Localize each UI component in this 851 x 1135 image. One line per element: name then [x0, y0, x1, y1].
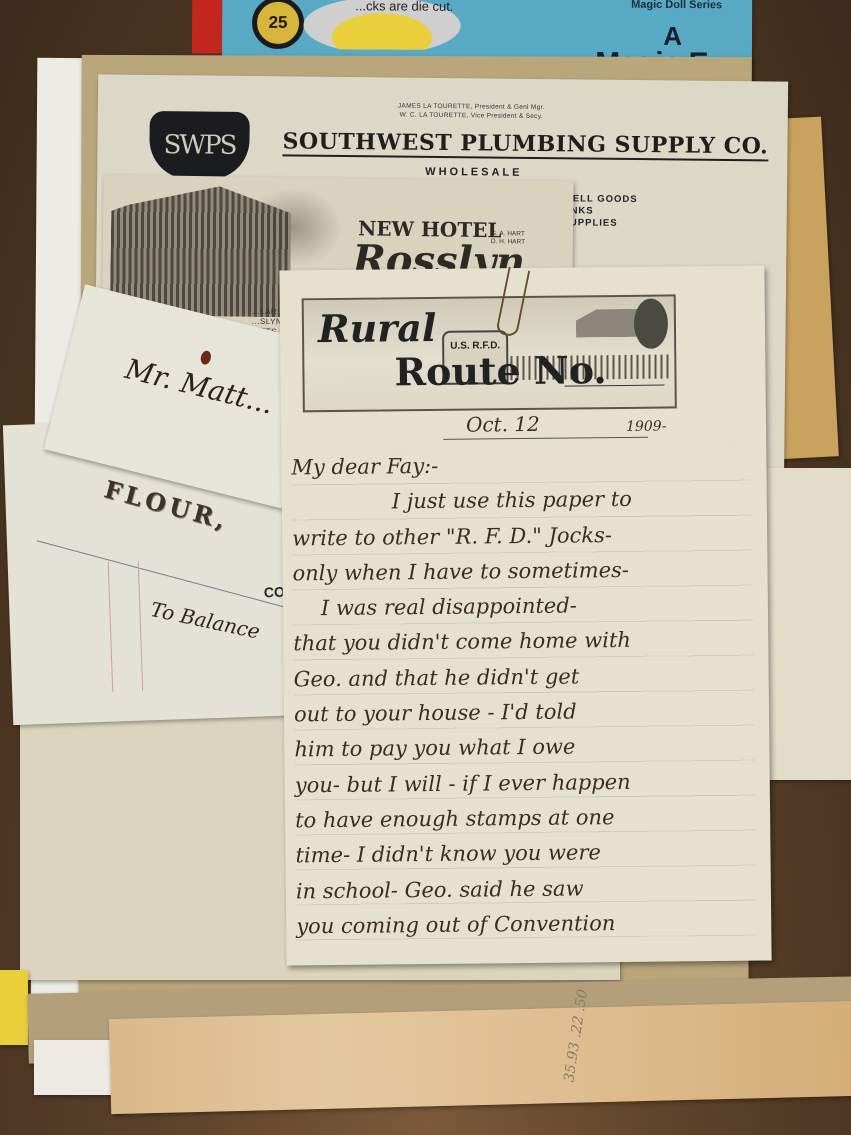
- letter-body: My dear Fay:- I just use this paper to w…: [291, 446, 756, 945]
- ledger-column-line: [108, 562, 114, 692]
- book-caption: ...cks are die cut.: [355, 0, 453, 14]
- letter-line: in school- Geo. said he saw: [296, 869, 756, 909]
- date-line: [443, 437, 648, 440]
- letter-line: out to your house - I'd told: [294, 693, 754, 733]
- letter-line: time- I didn't know you were: [295, 834, 755, 874]
- letter-line: to have enough stamps at one: [295, 799, 755, 839]
- letter-line: that you didn't come home with: [293, 622, 753, 662]
- letter-line: only when I have to sometimes-: [292, 552, 752, 592]
- letter-line: I was real disappointed-: [293, 587, 753, 627]
- stained-ledger-paper: 35.93 .22 .50: [109, 1001, 851, 1114]
- letter-line: My dear Fay:-: [291, 446, 751, 486]
- officer-line: W. C. LA TOURETTE, Vice President & Secy…: [398, 111, 545, 122]
- rural-route-letterhead-art: U.S. R.F.D. Rural Route No.: [302, 294, 677, 412]
- letter-line: you coming out of Convention: [296, 904, 756, 944]
- tree-illustration: [634, 298, 669, 348]
- wax-stain: [199, 350, 212, 366]
- ledger-column-line: [138, 561, 144, 691]
- yellow-paper-strip: [0, 970, 28, 1045]
- photo-scene: 25 ...cks are die cut. Magic Doll Series…: [0, 0, 851, 1135]
- route-number-blank: [565, 385, 665, 387]
- letter-line: him to pay you what I owe: [294, 728, 754, 768]
- company-name: SOUTHWEST PLUMBING SUPPLY CO.: [282, 128, 768, 161]
- letter-year: 1909-: [626, 419, 667, 435]
- letter-line: Geo. and that he didn't get: [293, 657, 753, 697]
- book-series: Magic Doll Series: [631, 0, 722, 11]
- envelope-addressee: Mr. Matt...: [122, 352, 277, 421]
- white-paper-bottom: [34, 1040, 114, 1095]
- rural-route-letter: U.S. R.F.D. Rural Route No. Oct. 12 1909…: [279, 265, 771, 965]
- proprietor: D. H. HART: [491, 238, 525, 246]
- letter-date: Oct. 12: [466, 412, 540, 437]
- company-tagline: WHOLESALE: [425, 166, 522, 179]
- swps-monogram-logo: SWPS: [149, 111, 250, 180]
- invoice-entry: To Balance: [149, 597, 263, 644]
- hotel-proprietors: G. A. HART D. H. HART: [491, 230, 525, 246]
- letterhead-word-rural: Rural: [318, 305, 437, 351]
- letterhead-word-route: Route No.: [394, 347, 607, 394]
- company-officers: JAMES LA TOURETTE, President & Genl Mgr.…: [398, 102, 545, 122]
- letter-line: I just use this paper to: [292, 481, 752, 521]
- red-book-edge: [192, 0, 222, 54]
- letter-line: you- but I will - if I ever happen: [295, 763, 755, 803]
- letter-line: write to other "R. F. D." Jocks-: [292, 516, 752, 556]
